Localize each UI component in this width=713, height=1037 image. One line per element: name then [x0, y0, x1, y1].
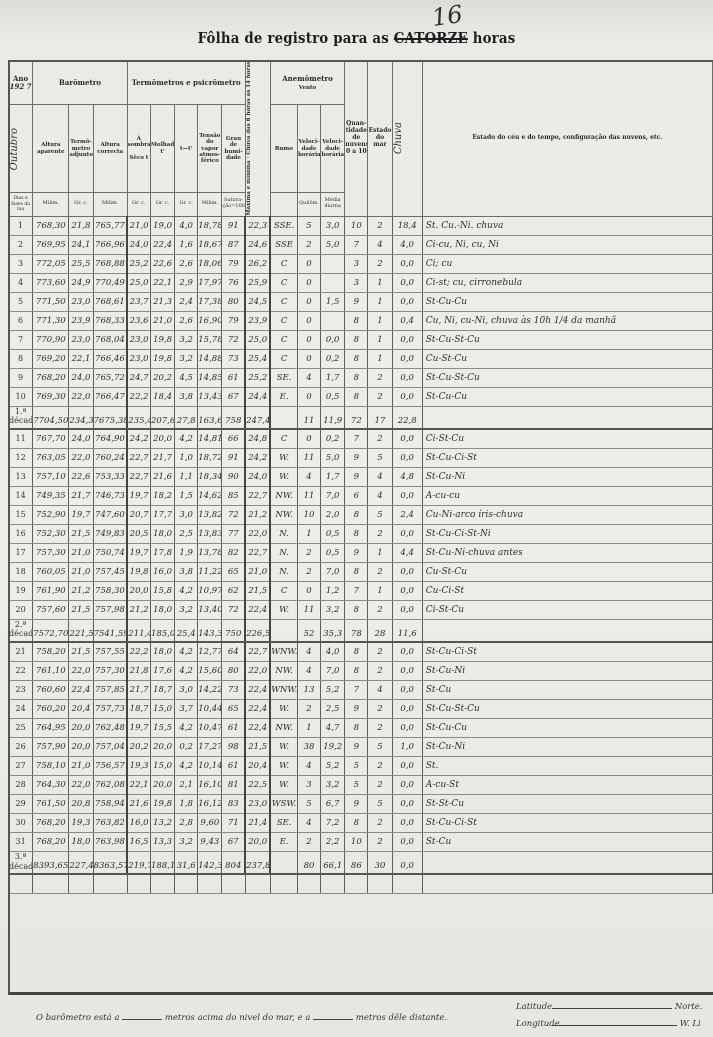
- vel-cell: 0: [297, 349, 320, 368]
- max-cell: 24,2: [245, 448, 270, 467]
- term-cell: 22,1: [69, 349, 93, 368]
- mar-cell: 5: [368, 505, 392, 524]
- molh-cell: 18,0: [150, 524, 174, 543]
- velm-cell: 1,2: [321, 581, 345, 600]
- chuva-header: Chuva: [392, 61, 422, 217]
- table-row: 11767,7024,0764,9024,220,04,214,816624,8…: [9, 429, 713, 449]
- rumo-cell: SE.: [270, 813, 297, 832]
- day-cell: 2.ª década: [9, 619, 33, 642]
- mar-cell: 2: [368, 562, 392, 581]
- sky-notes-cell: Cu-St-Cu: [422, 349, 712, 368]
- day-cell: 18: [9, 562, 33, 581]
- blank-row: [9, 874, 713, 894]
- velocidade-media-header: Veloci-dade horária: [321, 105, 345, 192]
- title-struck-hour: CATORZE: [394, 30, 468, 47]
- velm-cell: 3,2: [321, 775, 345, 794]
- hum-cell: 85: [222, 486, 245, 505]
- molh-cell: 18,0: [150, 642, 174, 662]
- mar-cell: 1: [368, 292, 392, 311]
- max-cell: 20,0: [245, 832, 270, 851]
- nuv-cell: 3: [345, 254, 368, 273]
- hum-cell: 77: [222, 524, 245, 543]
- diff-cell: 1,5: [175, 486, 198, 505]
- alt-ap-cell: 769,30: [33, 387, 69, 406]
- tensao-cell: 10,47: [198, 718, 222, 737]
- sky-notes-cell: St-Cu-St-Cu: [422, 330, 712, 349]
- hum-cell: 98: [222, 737, 245, 756]
- tensao-cell: 14,88: [198, 349, 222, 368]
- diff-cell: 4,2: [175, 756, 198, 775]
- velm-cell: [321, 273, 345, 292]
- max-min-header: Máxima e mínima · Chuva das 6 horas às 1…: [245, 61, 270, 217]
- alt-ap-cell: 769,95: [33, 235, 69, 254]
- tensao-cell: 13,82: [198, 505, 222, 524]
- chuva-cell: 2,4: [392, 505, 422, 524]
- alt-c-cell: 747,60: [93, 505, 127, 524]
- register-sheet: 16 Fôlha de registro para as CATORZE hor…: [0, 0, 713, 1037]
- alt-c-cell: 765,72: [93, 368, 127, 387]
- chuva-cell: 0,0: [392, 661, 422, 680]
- hum-cell: 72: [222, 600, 245, 619]
- hum-cell: 67: [222, 387, 245, 406]
- chuva-cell: 0,0: [392, 832, 422, 851]
- term-cell: 23,0: [69, 330, 93, 349]
- chuva-cell: 18,4: [392, 216, 422, 235]
- rumo-cell: NW.: [270, 718, 297, 737]
- table-row: 5771,5023,0768,6123,721,32,417,388024,5C…: [9, 292, 713, 311]
- term-cell: 22,6: [69, 467, 93, 486]
- molh-cell: 19,0: [150, 216, 174, 235]
- vel-cell: 13: [297, 680, 320, 699]
- vel-cell: 0: [297, 387, 320, 406]
- tensao-cell: 14,81: [198, 429, 222, 449]
- mar-cell: 1: [368, 543, 392, 562]
- term-cell: 22,0: [69, 661, 93, 680]
- rumo-header: Rumo: [270, 105, 297, 192]
- day-cell: 11: [9, 429, 33, 449]
- alt-ap-cell: 758,10: [33, 756, 69, 775]
- max-cell: 21,5: [245, 581, 270, 600]
- alt-c-cell: 766,46: [93, 349, 127, 368]
- mar-cell: 2: [368, 699, 392, 718]
- vel-cell: 11: [297, 448, 320, 467]
- tensao-cell: 10,97: [198, 581, 222, 600]
- tensao-cell: 14,62: [198, 486, 222, 505]
- tensao-cell: 18,34: [198, 467, 222, 486]
- max-cell: 22,4: [245, 699, 270, 718]
- mar-cell: 28: [368, 619, 392, 642]
- day-cell: 31: [9, 832, 33, 851]
- sky-notes-cell: St-Cu-Ci-St: [422, 642, 712, 662]
- velm-cell: 5,0: [321, 235, 345, 254]
- tensao-cell: 14,85: [198, 368, 222, 387]
- seco-cell: 19,8: [127, 562, 150, 581]
- hum-cell: 73: [222, 349, 245, 368]
- alt-c-cell: 760,24: [93, 448, 127, 467]
- vel-cell: 4: [297, 661, 320, 680]
- alt-c-cell: 763,82: [93, 813, 127, 832]
- rumo-cell: NW.: [270, 486, 297, 505]
- table-row: 10769,3022,0766,4722,218,43,813,436724,4…: [9, 387, 713, 406]
- nuv-cell: 9: [345, 699, 368, 718]
- molh-cell: 20,0: [150, 429, 174, 449]
- max-cell: 25,4: [245, 349, 270, 368]
- molh-cell: 20,0: [150, 775, 174, 794]
- velm-cell: 7,0: [321, 486, 345, 505]
- sky-notes-cell: Cu-Ci-St: [422, 581, 712, 600]
- diff-header: t—t': [175, 105, 198, 192]
- diff-cell: 25,4: [175, 619, 198, 642]
- day-cell: 7: [9, 330, 33, 349]
- max-cell: 24,5: [245, 292, 270, 311]
- nuv-cell: 8: [345, 562, 368, 581]
- mar-cell: 1: [368, 330, 392, 349]
- alt-c-cell: 768,61: [93, 292, 127, 311]
- diff-cell: 1,9: [175, 543, 198, 562]
- day-cell: 17: [9, 543, 33, 562]
- tensao-cell: 16,90: [198, 311, 222, 330]
- day-cell: 28: [9, 775, 33, 794]
- term-cell: 23,9: [69, 311, 93, 330]
- rumo-cell: [270, 619, 297, 642]
- diff-cell: 31,6: [175, 851, 198, 874]
- nuv-cell: 8: [345, 524, 368, 543]
- coordinates: Latitude Norte. Longitude W. Li: [516, 999, 702, 1033]
- diff-cell: 3,2: [175, 832, 198, 851]
- tensao-cell: 12,77: [198, 642, 222, 662]
- mar-cell: 2: [368, 756, 392, 775]
- day-cell: 23: [9, 680, 33, 699]
- seco-cell: 21,7: [127, 680, 150, 699]
- diff-cell: 1,6: [175, 235, 198, 254]
- velm-cell: 19,2: [321, 737, 345, 756]
- vel-cell: 4: [297, 642, 320, 662]
- molh-cell: 15,5: [150, 718, 174, 737]
- nuv-cell: 8: [345, 330, 368, 349]
- chuva-cell: 0,0: [392, 851, 422, 874]
- diff-cell: 1,8: [175, 794, 198, 813]
- alt-ap-cell: 7572,70: [33, 619, 69, 642]
- nuv-cell: 9: [345, 292, 368, 311]
- sky-notes-cell: [422, 851, 712, 874]
- alt-c-cell: 7675,38: [93, 406, 127, 429]
- tensao-cell: 16,10: [198, 775, 222, 794]
- vel-cell: 3: [297, 775, 320, 794]
- diff-cell: 2,4: [175, 292, 198, 311]
- molh-cell: 15,8: [150, 581, 174, 600]
- day-cell: 13: [9, 467, 33, 486]
- velm-cell: [321, 311, 345, 330]
- alt-c-cell: 757,73: [93, 699, 127, 718]
- alt-ap-cell: 761,50: [33, 794, 69, 813]
- table-row: 31768,2018,0763,9816,513,33,29,436720,0E…: [9, 832, 713, 851]
- day-cell: 20: [9, 600, 33, 619]
- termometro-adjunto-header: Termô-metro adjunto: [69, 105, 93, 192]
- diff-cell: 4,2: [175, 581, 198, 600]
- nuv-cell: 7: [345, 680, 368, 699]
- unit-grc: Gr. c.: [175, 192, 198, 216]
- unit-media-diurna: Média diurna: [321, 192, 345, 216]
- nuv-cell: 9: [345, 543, 368, 562]
- alt-c-cell: 757,85: [93, 680, 127, 699]
- molh-cell: 21,0: [150, 311, 174, 330]
- rumo-cell: W.: [270, 600, 297, 619]
- alt-c-cell: 768,33: [93, 311, 127, 330]
- hum-cell: 804: [222, 851, 245, 874]
- max-cell: 21,5: [245, 737, 270, 756]
- nuv-cell: 8: [345, 661, 368, 680]
- vel-cell: 4: [297, 368, 320, 387]
- seco-cell: 25,0: [127, 273, 150, 292]
- vel-cell: 11: [297, 406, 320, 429]
- day-cell: 3: [9, 254, 33, 273]
- day-cell: 21: [9, 642, 33, 662]
- max-cell: 22,4: [245, 600, 270, 619]
- hum-cell: 65: [222, 562, 245, 581]
- hum-cell: 71: [222, 813, 245, 832]
- table-row: 6771,3023,9768,3323,621,02,616,907923,9C…: [9, 311, 713, 330]
- seco-cell: 219,7: [127, 851, 150, 874]
- alt-ap-cell: 752,30: [33, 524, 69, 543]
- vel-cell: 2: [297, 832, 320, 851]
- mar-cell: 2: [368, 216, 392, 235]
- alt-c-cell: 763,98: [93, 832, 127, 851]
- tensao-cell: 17,97: [198, 273, 222, 292]
- molh-cell: 207,6: [150, 406, 174, 429]
- vel-cell: 4: [297, 467, 320, 486]
- mar-cell: 4: [368, 486, 392, 505]
- chuva-cell: 0,0: [392, 486, 422, 505]
- alt-c-cell: 768,04: [93, 330, 127, 349]
- velm-cell: 5,2: [321, 756, 345, 775]
- alt-c-cell: 757,98: [93, 600, 127, 619]
- mar-cell: 5: [368, 794, 392, 813]
- tensao-header: Tensão do vapor atmos-férico: [198, 105, 222, 192]
- max-cell: 22,0: [245, 661, 270, 680]
- molh-cell: 22,1: [150, 273, 174, 292]
- seco-cell: 22,2: [127, 642, 150, 662]
- sky-notes-cell: St-Cu-Ni-chuva antes: [422, 543, 712, 562]
- seco-cell: 22,7: [127, 448, 150, 467]
- chuva-cell: 0,0: [392, 562, 422, 581]
- alt-ap-cell: 757,30: [33, 543, 69, 562]
- max-cell: 24,0: [245, 467, 270, 486]
- vel-cell: 80: [297, 851, 320, 874]
- rumo-cell: E.: [270, 832, 297, 851]
- sky-notes-cell: St.: [422, 756, 712, 775]
- tensao-cell: 13,40: [198, 600, 222, 619]
- seco-cell: 20,5: [127, 524, 150, 543]
- diff-cell: 3,7: [175, 699, 198, 718]
- molh-cell: 22,6: [150, 254, 174, 273]
- vel-cell: 0: [297, 254, 320, 273]
- table-row: 22761,1022,0757,3021,817,64,215,608022,0…: [9, 661, 713, 680]
- velm-cell: 1,5: [321, 292, 345, 311]
- alt-ap-cell: 768,20: [33, 832, 69, 851]
- mar-cell: 2: [368, 775, 392, 794]
- seco-cell: 21,6: [127, 794, 150, 813]
- vel-cell: 0: [297, 330, 320, 349]
- max-cell: 237,8: [245, 851, 270, 874]
- max-cell: 22,7: [245, 543, 270, 562]
- rumo-cell: C: [270, 292, 297, 311]
- alt-c-cell: 758,94: [93, 794, 127, 813]
- chuva-cell: 0,0: [392, 273, 422, 292]
- vel-cell: 1: [297, 718, 320, 737]
- longitude-field[interactable]: [552, 1025, 677, 1026]
- molh-cell: 18,4: [150, 387, 174, 406]
- term-cell: 19,3: [69, 813, 93, 832]
- chuva-cell: 0,0: [392, 680, 422, 699]
- alt-c-cell: 746,73: [93, 486, 127, 505]
- rumo-cell: W.: [270, 737, 297, 756]
- alt-c-cell: 766,96: [93, 235, 127, 254]
- alt-ap-cell: 771,50: [33, 292, 69, 311]
- molh-cell: 18,7: [150, 680, 174, 699]
- velm-cell: 0,2: [321, 429, 345, 449]
- nuv-cell: 7: [345, 581, 368, 600]
- chuva-cell: 0,0: [392, 330, 422, 349]
- tensao-cell: 18,78: [198, 216, 222, 235]
- term-cell: 24,9: [69, 273, 93, 292]
- sky-notes-cell: A-cu-St: [422, 775, 712, 794]
- term-cell: 21,7: [69, 486, 93, 505]
- hum-cell: 750: [222, 619, 245, 642]
- chuva-cell: 1,0: [392, 737, 422, 756]
- seco-cell: 23,6: [127, 311, 150, 330]
- seco-cell: 23,0: [127, 330, 150, 349]
- mar-cell: 1: [368, 581, 392, 600]
- hum-cell: 80: [222, 292, 245, 311]
- nuv-cell: 5: [345, 775, 368, 794]
- hum-cell: 90: [222, 467, 245, 486]
- altitude-field[interactable]: [122, 1019, 162, 1020]
- sky-notes-cell: A-cu-cu: [422, 486, 712, 505]
- term-cell: 234,3: [69, 406, 93, 429]
- tensao-cell: 17,38: [198, 292, 222, 311]
- table-row: 8769,2022,1766,4623,019,83,214,887325,4C…: [9, 349, 713, 368]
- decada-summary-row: 3.ª década8393,65227,48363,57219,7188,13…: [9, 851, 713, 874]
- velm-cell: 5,2: [321, 680, 345, 699]
- vel-cell: 4: [297, 813, 320, 832]
- alt-ap-cell: 768,20: [33, 813, 69, 832]
- nuv-cell: 10: [345, 216, 368, 235]
- nuv-cell: 8: [345, 311, 368, 330]
- molh-cell: 16,0: [150, 562, 174, 581]
- tensao-cell: 17,27: [198, 737, 222, 756]
- table-row: 18760,0521,0757,4519,816,03,811,226521,0…: [9, 562, 713, 581]
- mar-cell: 2: [368, 642, 392, 662]
- rumo-cell: WNW.: [270, 680, 297, 699]
- decada-summary-row: 2.ª década7572,70221,57541,59211,4185,02…: [9, 619, 713, 642]
- sky-notes-cell: [422, 406, 712, 429]
- max-cell: 25,9: [245, 273, 270, 292]
- dia-header: Dias e fases da lua: [9, 192, 33, 216]
- altura-correcta-header: Altura correcta: [93, 105, 127, 192]
- nuvens-header: Quan-tidade de nuvens 0 a 10: [345, 61, 368, 217]
- max-cell: 22,5: [245, 775, 270, 794]
- velm-cell: 2,0: [321, 505, 345, 524]
- velm-cell: 1,7: [321, 368, 345, 387]
- term-cell: 21,0: [69, 756, 93, 775]
- seco-cell: 19,7: [127, 486, 150, 505]
- diff-cell: 2,6: [175, 311, 198, 330]
- alt-c-cell: 768,88: [93, 254, 127, 273]
- table-row: 3772,0525,5768,8825,222,62,618,067926,2C…: [9, 254, 713, 273]
- alt-c-cell: 770,49: [93, 273, 127, 292]
- molh-cell: 20,0: [150, 737, 174, 756]
- latitude-field[interactable]: [552, 1008, 672, 1009]
- term-cell: 21,2: [69, 581, 93, 600]
- max-cell: 21,2: [245, 505, 270, 524]
- tensao-cell: 16,12: [198, 794, 222, 813]
- seco-cell: 23,0: [127, 349, 150, 368]
- chuva-cell: 0,0: [392, 756, 422, 775]
- velm-cell: 0,2: [321, 349, 345, 368]
- diff-cell: 1,0: [175, 448, 198, 467]
- rumo-cell: C: [270, 254, 297, 273]
- hum-cell: 82: [222, 543, 245, 562]
- mar-header: Estado do mar: [368, 61, 392, 217]
- sky-notes-cell: St-Cu-Cu: [422, 718, 712, 737]
- day-cell: 6: [9, 311, 33, 330]
- table-row: 20757,6021,5757,9821,218,03,213,407222,4…: [9, 600, 713, 619]
- day-cell: 22: [9, 661, 33, 680]
- distance-field[interactable]: [313, 1019, 353, 1020]
- tensao-cell: 14,22: [198, 680, 222, 699]
- day-cell: 9: [9, 368, 33, 387]
- max-cell: 22,0: [245, 524, 270, 543]
- sky-notes-cell: Ci-St-Cu: [422, 429, 712, 449]
- max-cell: 247,4: [245, 406, 270, 429]
- rumo-cell: W.: [270, 775, 297, 794]
- vel-cell: 5: [297, 794, 320, 813]
- alt-ap-cell: 763,05: [33, 448, 69, 467]
- hum-cell: 64: [222, 642, 245, 662]
- alt-c-cell: 757,45: [93, 562, 127, 581]
- sky-notes-cell: St-Cu-Cu: [422, 387, 712, 406]
- molh-cell: 17,8: [150, 543, 174, 562]
- diff-cell: 0,2: [175, 737, 198, 756]
- nuv-cell: 8: [345, 349, 368, 368]
- mar-cell: 2: [368, 832, 392, 851]
- molhado-header: Molhado t': [150, 105, 174, 192]
- molh-cell: 15,0: [150, 699, 174, 718]
- alt-c-cell: 749,83: [93, 524, 127, 543]
- hum-cell: 73: [222, 680, 245, 699]
- velm-cell: 1,7: [321, 467, 345, 486]
- alt-ap-cell: 764,95: [33, 718, 69, 737]
- sky-notes-cell: [422, 619, 712, 642]
- molh-cell: 15,0: [150, 756, 174, 775]
- tensao-cell: 142,31: [198, 851, 222, 874]
- table-body: 1768,3021,8765,7721,019,04,018,789122,3S…: [9, 216, 713, 894]
- chuva-cell: 4,4: [392, 543, 422, 562]
- diff-cell: 2,5: [175, 524, 198, 543]
- chuva-cell: 0,0: [392, 292, 422, 311]
- nuv-cell: 5: [345, 756, 368, 775]
- barometer-note: O barômetro está a metros acima do nivel…: [36, 1013, 447, 1023]
- hum-cell: 80: [222, 661, 245, 680]
- seco-cell: 25,2: [127, 254, 150, 273]
- max-cell: 22,4: [245, 680, 270, 699]
- day-cell: 24: [9, 699, 33, 718]
- tensao-cell: 18,67: [198, 235, 222, 254]
- diff-cell: 4,0: [175, 216, 198, 235]
- chuva-cell: 0,0: [392, 448, 422, 467]
- max-cell: 24,8: [245, 429, 270, 449]
- tensao-cell: 18,06: [198, 254, 222, 273]
